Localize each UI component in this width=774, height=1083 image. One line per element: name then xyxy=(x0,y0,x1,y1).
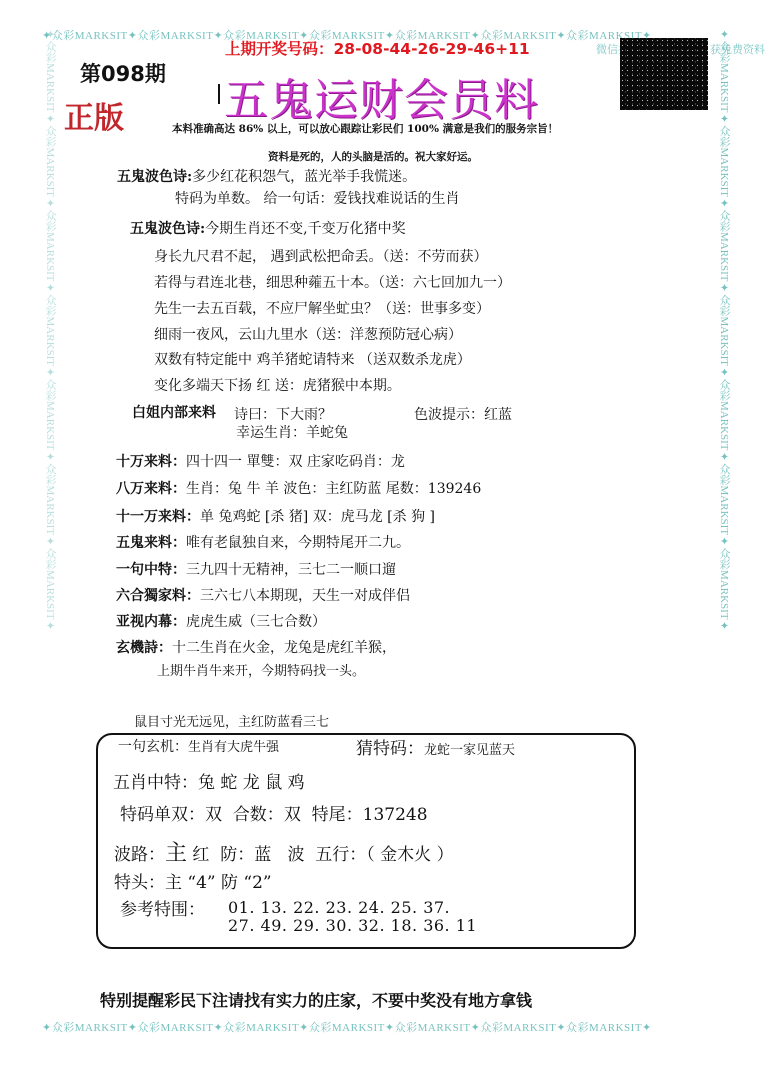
poem1-line2: 特码为单数。 给一句话：爱钱找难说话的生肖 xyxy=(175,188,459,208)
odd-even-value: 双 xyxy=(205,805,222,825)
last-draw-result: 上期开奖号码：28-08-44-26-29-46+11 xyxy=(225,37,530,59)
poem-line: 双数有特定能中 鸡羊猪蛇请特来 （送双数杀龙虎） xyxy=(154,349,471,369)
source-row: 玄機詩：十二生肖在火金，龙兔是虎红羊猴， xyxy=(116,637,396,657)
source-row: 十一万来料：单 兔鸡蛇 [杀 猪] 双：虎马龙 [杀 狗 ] xyxy=(116,506,435,526)
wave-main: 主 xyxy=(165,841,187,866)
source-label: 十万来料： xyxy=(116,454,186,470)
poem-line: 先生一去五百载，不应尸解坐虻虫？（送：世事多变） xyxy=(154,298,490,318)
source-value: 生肖：兔 牛 羊 波色：主红防蓝 尾数：139246 xyxy=(186,481,481,497)
color-hint-value: 红蓝 xyxy=(484,407,512,423)
tail-value: 137248 xyxy=(363,805,428,825)
riddle-value: 生肖有大虎牛强 xyxy=(188,740,279,755)
source-label: 一句中特： xyxy=(116,562,186,578)
source-row: 八万来料：生肖：兔 牛 羊 波色：主红防蓝 尾数：139246 xyxy=(116,478,481,498)
wave-main-value: 红 xyxy=(192,845,209,865)
baijie-poem: 诗曰：下大雨？ xyxy=(234,404,332,424)
five-zodiac-row: 五肖中特：兔 蛇 龙 鼠 鸡 xyxy=(113,768,305,793)
xuanji-line2: 上期牛肖牛来开，今期特码找一头。 xyxy=(157,660,365,679)
ref-numbers-line2: 27. 49. 29. 30. 32. 18. 36. 11 xyxy=(228,916,477,935)
five-zodiac-value: 兔 蛇 龙 鼠 鸡 xyxy=(198,773,305,793)
source-value: 四十四一 單雙：双 庄家吃码肖：龙 xyxy=(186,454,405,470)
guess-label: 猜特码： xyxy=(356,739,424,759)
head-value: 主 “4” 防 “2” xyxy=(165,873,272,893)
source-label: 六合獨家料： xyxy=(116,588,200,604)
source-value: 三六七八本期现，天生一对成伴侣 xyxy=(200,588,410,604)
genuine-badge: 正版 xyxy=(64,93,124,137)
tail-label: 特尾： xyxy=(312,805,363,825)
source-label: 亚视内幕： xyxy=(116,614,186,630)
source-label: 玄機詩： xyxy=(116,640,172,656)
poem2-line1: 五鬼波色诗:今期生肖还不变,千变万化猪中奖 xyxy=(130,218,406,238)
guess-row: 猜特码：龙蛇一家见蓝天 xyxy=(356,734,515,759)
tagline-accuracy: 本料准确高达 86% 以上，可以放心跟踪让彩民们 100% 满意是我们的服务宗旨… xyxy=(172,121,558,136)
ref-numbers-line1: 01. 13. 22. 23. 24. 25. 37. xyxy=(228,898,450,917)
poem-line: 细雨一夜风，云山九里水（送：洋葱预防冠心病） xyxy=(154,324,462,344)
source-row: 一句中特：三九四十无精神，三七二一顺口遛 xyxy=(116,559,396,579)
source-value: 虎虎生威（三七合数） xyxy=(186,614,326,630)
poem2-label: 五鬼波色诗: xyxy=(130,221,205,237)
source-row: 亚视内幕：虎虎生威（三七合数） xyxy=(116,611,326,631)
wave-guard-value: 蓝 xyxy=(254,845,271,865)
head-row: 特头：主 “4” 防 “2” xyxy=(114,868,272,893)
source-row: 六合獨家料：三六七八本期现，天生一对成伴侣 xyxy=(116,585,410,605)
watermark-border-bottom: ✦众彩MARKSIT✦众彩MARKSIT✦众彩MARKSIT✦众彩MARKSIT… xyxy=(42,1020,732,1036)
watermark-border-right: ✦众彩MARKSIT✦众彩MARKSIT✦众彩MARKSIT✦众彩MARKSIT… xyxy=(716,28,732,1036)
qr-left-label: 微信扫码 xyxy=(596,42,614,58)
sum-value: 双 xyxy=(284,805,301,825)
lucky-zodiac-value: 羊蛇兔 xyxy=(306,425,348,441)
qr-right-label: 获免费资料 xyxy=(710,42,728,58)
source-value: 三九四十无精神，三七二一顺口遛 xyxy=(186,562,396,578)
riddle-row: 一句玄机：生肖有大虎牛强 xyxy=(118,736,279,756)
wave-label: 波路： xyxy=(114,845,165,865)
page-title: 五鬼运财会员料 xyxy=(224,64,539,128)
source-row: 十万来料：四十四一 單雙：双 庄家吃码肖：龙 xyxy=(116,451,405,471)
color-hint-label: 色波提示： xyxy=(414,407,484,423)
poem1-line1: 五鬼波色诗:多少红花积怨气，蓝光举手我慌迷。 xyxy=(117,166,416,186)
odd-even-row: 特码单双：双 合数：双 特尾：137248 xyxy=(120,800,428,825)
elements-value: （ 金木火 ） xyxy=(366,845,453,865)
source-label: 十一万来料： xyxy=(116,509,200,525)
wave-row: 波路：主 红 防：蓝 波 五行：（ 金木火 ） xyxy=(114,836,454,867)
source-label: 五鬼来料： xyxy=(116,535,186,551)
footer-warning: 特别提醒彩民下注请找有实力的庄家，不要中奖没有地方拿钱 xyxy=(100,988,532,1011)
baijie-label: 白姐内部来料 xyxy=(132,402,216,422)
riddle-label: 一句玄机： xyxy=(118,739,188,755)
poem-line: 身长九尺君不起， 遇到武松把命丢。（送：不劳而获） xyxy=(154,246,487,266)
last-draw-label: 上期开奖号码： xyxy=(225,40,334,58)
text-cursor-bar xyxy=(218,84,220,104)
poem2-text: 今期生肖还不变,千变万化猪中奖 xyxy=(205,221,405,237)
source-row: 五鬼来料：唯有老鼠独自来，今期特尾开二九。 xyxy=(116,532,410,552)
baijie-poem-label: 诗曰： xyxy=(234,407,276,423)
wave-extra: 波 xyxy=(287,845,304,865)
watermark-border-left: ✦众彩MARKSIT✦众彩MARKSIT✦众彩MARKSIT✦众彩MARKSIT… xyxy=(42,28,58,1036)
poem1-text: 多少红花积怨气，蓝光举手我慌迷。 xyxy=(192,169,416,185)
rat-line: 鼠目寸光无远见，主红防蓝看三七 xyxy=(134,711,329,730)
qr-code-image xyxy=(620,38,708,110)
lucky-zodiac: 幸运生肖：羊蛇兔 xyxy=(236,422,348,442)
source-value: 唯有老鼠独自来，今期特尾开二九。 xyxy=(186,535,410,551)
wave-guard-label: 防： xyxy=(220,845,254,865)
source-label: 八万来料： xyxy=(116,481,186,497)
issue-number: 第098期 xyxy=(80,58,166,88)
elements-label: 五行： xyxy=(315,845,366,865)
guess-value: 龙蛇一家见蓝天 xyxy=(424,743,515,758)
poem1-label: 五鬼波色诗: xyxy=(117,169,192,185)
qr-code-panel: 微信扫码 获免费资料 xyxy=(596,38,720,110)
lucky-zodiac-label: 幸运生肖： xyxy=(236,425,306,441)
head-label: 特头： xyxy=(114,873,165,893)
color-hint: 色波提示：红蓝 xyxy=(414,404,512,424)
source-value: 单 兔鸡蛇 [杀 猪] 双：虎马龙 [杀 狗 ] xyxy=(200,509,435,525)
poem-line: 变化多端天下扬 红 送：虎猪猴中本期。 xyxy=(154,375,401,395)
poem-line: 若得与君连北巷，细思种蕹五十本。（送：六七回加九一） xyxy=(154,272,511,292)
odd-even-label: 特码单双： xyxy=(120,805,205,825)
five-zodiac-label: 五肖中特： xyxy=(113,773,198,793)
tagline-luck: 资料是死的，人的头脑是活的。祝大家好运。 xyxy=(268,149,478,164)
last-draw-numbers: 28-08-44-26-29-46+11 xyxy=(334,40,530,58)
ref-label: 参考特围： xyxy=(120,895,205,920)
baijie-poem-value: 下大雨？ xyxy=(276,407,332,423)
source-value: 十二生肖在火金，龙兔是虎红羊猴， xyxy=(172,640,396,656)
sum-label: 合数： xyxy=(233,805,284,825)
